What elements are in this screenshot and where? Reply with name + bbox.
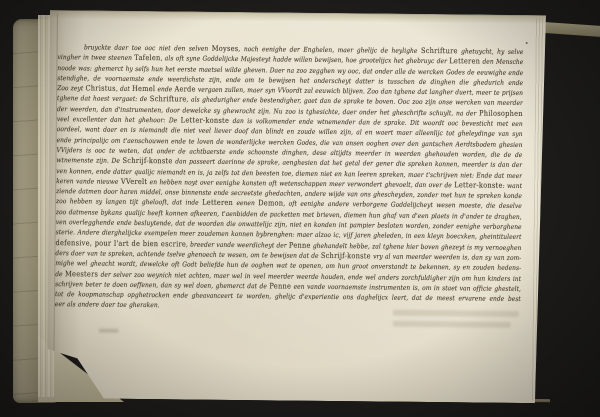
page-right-edge (532, 18, 545, 400)
text-block: bruyckte daer toe ooc niet den selven Mo… (55, 42, 524, 317)
show-through-smudge (393, 321, 511, 328)
page-top-edge (44, 10, 546, 24)
text-column: bruyckte daer toe ooc niet den selven Mo… (55, 42, 524, 315)
photo-backdrop: bruyckte daer toe ooc niet den selven Mo… (0, 0, 600, 417)
book-page: bruyckte daer toe ooc niet den selven Mo… (40, 10, 546, 403)
show-through-smudge (99, 329, 119, 333)
facing-leaf-edge (540, 22, 600, 38)
show-through-smudge (393, 310, 519, 317)
paper-speck (526, 42, 528, 44)
